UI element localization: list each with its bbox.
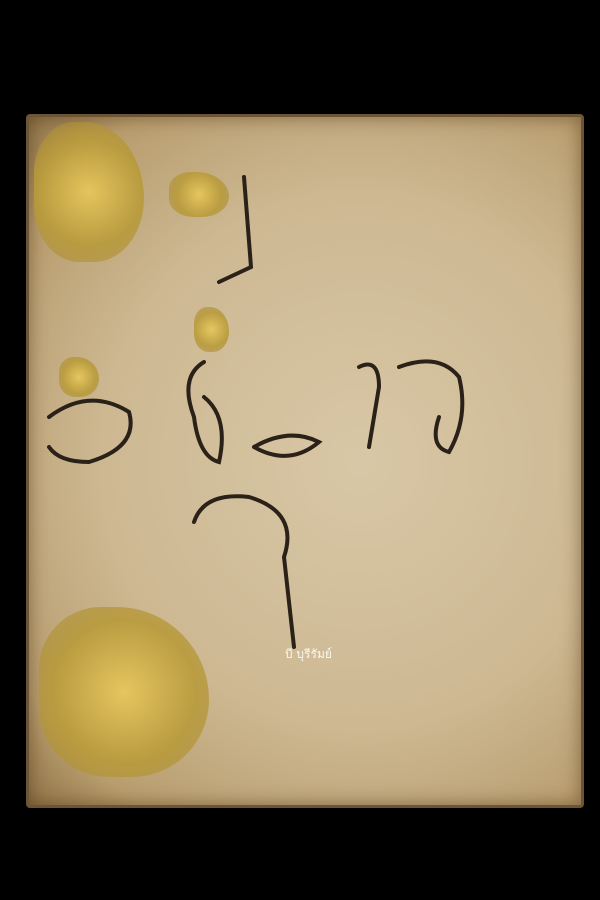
- amulet-tablet: [26, 114, 584, 808]
- ink-script: [29, 117, 581, 805]
- watermark: บี บุรีรัมย์: [285, 645, 332, 664]
